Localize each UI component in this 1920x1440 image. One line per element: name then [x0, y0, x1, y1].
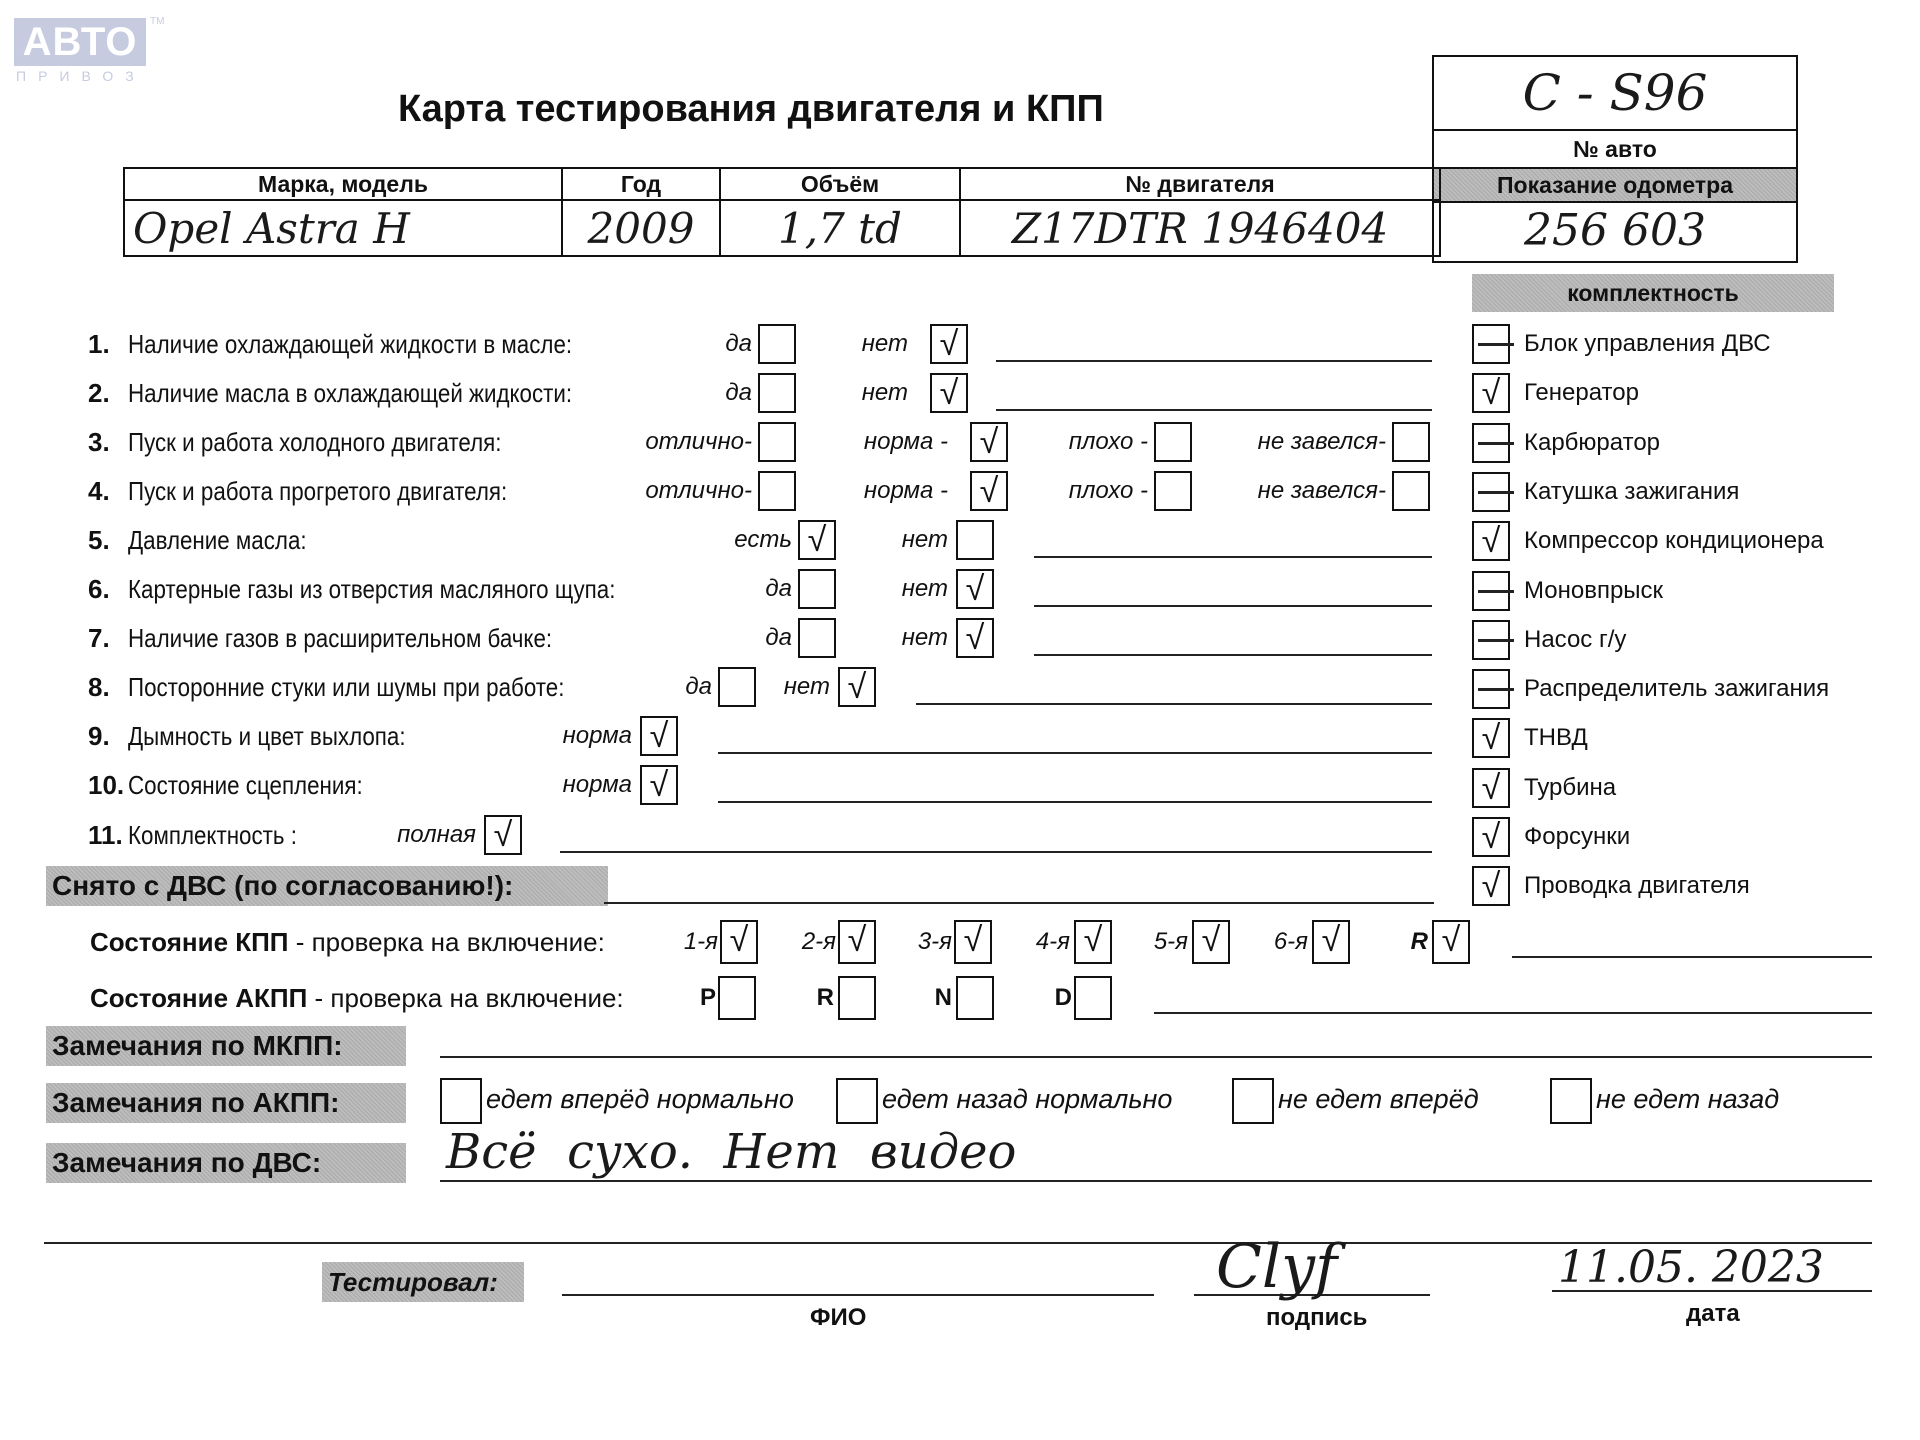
option-label: да: [765, 618, 792, 658]
car-info-box: C - S96 № авто Показание одометра 256 60…: [1432, 55, 1798, 263]
akpp-remark-label: не едет назад: [1596, 1084, 1779, 1114]
completeness-item-label: Катушка зажигания: [1524, 472, 1739, 512]
option-label: нет: [784, 667, 830, 707]
option-label: нет: [862, 373, 908, 413]
option-checkbox[interactable]: [758, 373, 796, 413]
option-checkbox[interactable]: [1154, 471, 1192, 511]
completeness-item-label: Турбина: [1524, 768, 1616, 808]
gear-checkbox[interactable]: √: [838, 920, 876, 964]
col-header-volume: Объём: [720, 168, 960, 200]
option-label: плохо -: [1069, 471, 1148, 511]
completeness-checkbox[interactable]: √: [1472, 718, 1510, 758]
dash-mark-checkbox[interactable]: [1472, 472, 1510, 512]
check-label: Пуск и работа холодного двигателя:: [128, 422, 501, 462]
volume-field[interactable]: 1,7 td: [720, 200, 960, 256]
option-label: плохо -: [1069, 422, 1148, 462]
notes-line[interactable]: [1034, 654, 1432, 656]
gear-label: 2-я: [802, 922, 836, 962]
page-title: Карта тестирования двигателя и КПП: [398, 88, 1104, 131]
gear-label: R: [1411, 922, 1428, 962]
completeness-item-label: Проводка двигателя: [1524, 866, 1750, 906]
odometer-field[interactable]: 256 603: [1434, 203, 1796, 259]
gear-checkbox[interactable]: √: [720, 920, 758, 964]
gear-checkbox[interactable]: √: [1432, 920, 1470, 964]
check-row: 7.Наличие газов в расширительном бачке:: [88, 618, 621, 658]
akpp-position-label: N: [935, 978, 952, 1018]
option-checkbox[interactable]: √: [930, 373, 968, 413]
akpp-remarks-label: Замечания по АКПП:: [46, 1083, 406, 1123]
check-row: 6.Картерные газы из отверстия масляного …: [88, 569, 695, 609]
signature-label: подпись: [1266, 1304, 1367, 1332]
check-label: Комплектность :: [128, 815, 297, 855]
gear-checkbox[interactable]: √: [1312, 920, 1350, 964]
model-field[interactable]: Opel Astra H: [124, 200, 562, 256]
option-label: отлично-: [645, 471, 752, 511]
check-number: 11.: [88, 815, 128, 855]
check-row: 11.Комплектность :: [88, 815, 325, 855]
option-label: нет: [902, 520, 948, 560]
check-number: 6.: [88, 569, 128, 609]
check-number: 4.: [88, 471, 128, 511]
option-label: нет: [902, 569, 948, 609]
check-label: Состояние сцепления:: [128, 765, 363, 805]
check-number: 3.: [88, 422, 128, 462]
check-row: 2.Наличие масла в охлаждающей жидкости:: [88, 373, 644, 413]
kpp-label-rest: - проверка на включение:: [289, 927, 605, 957]
car-number-field[interactable]: C - S96: [1434, 57, 1796, 131]
akpp-position-checkbox[interactable]: [1074, 976, 1112, 1020]
notes-line[interactable]: [560, 851, 1432, 853]
akpp-position-checkbox[interactable]: [838, 976, 876, 1020]
option-label: норма -: [864, 471, 948, 511]
check-label: Наличие охлаждающей жидкости в масле:: [128, 324, 572, 364]
option-checkbox[interactable]: [758, 324, 796, 364]
akpp-remark-checkbox[interactable]: [1550, 1078, 1592, 1124]
check-label: Давление масла:: [128, 520, 307, 560]
option-checkbox[interactable]: √: [930, 324, 968, 364]
akpp-position-checkbox[interactable]: [956, 976, 994, 1020]
gear-label: 3-я: [918, 922, 952, 962]
akpp-remark-option[interactable]: едет вперёд нормально: [440, 1076, 794, 1124]
gear-checkbox[interactable]: √: [1192, 920, 1230, 964]
akpp-notes-line[interactable]: [1154, 1012, 1872, 1014]
check-row: 5.Давление масла:: [88, 520, 336, 560]
check-label: Посторонние стуки или шумы при работе:: [128, 667, 564, 707]
option-checkbox[interactable]: [718, 667, 756, 707]
notes-line[interactable]: [1034, 556, 1432, 558]
gear-checkbox[interactable]: √: [1074, 920, 1112, 964]
option-checkbox[interactable]: √: [640, 716, 678, 756]
dash-mark-checkbox[interactable]: [1472, 571, 1510, 611]
notes-line[interactable]: [718, 752, 1432, 754]
option-checkbox[interactable]: [1392, 422, 1430, 462]
option-checkbox[interactable]: √: [640, 765, 678, 805]
option-checkbox[interactable]: √: [838, 667, 876, 707]
dvs-remarks-line: [440, 1180, 1872, 1182]
completeness-item-label: Компрессор кондиционера: [1524, 521, 1824, 561]
notes-line[interactable]: [996, 409, 1432, 411]
option-label: да: [725, 373, 752, 413]
option-label: нет: [902, 618, 948, 658]
option-label: норма: [563, 765, 632, 805]
akpp-label-rest: - проверка на включение:: [307, 983, 623, 1013]
kpp-notes-line[interactable]: [1512, 956, 1872, 958]
option-checkbox[interactable]: √: [970, 422, 1008, 462]
akpp-position-label: D: [1055, 978, 1072, 1018]
akpp-remark-checkbox[interactable]: [1232, 1078, 1274, 1124]
notes-line[interactable]: [996, 360, 1432, 362]
akpp-position-label: R: [817, 978, 834, 1018]
completeness-item-label: Моновпрыск: [1524, 571, 1663, 611]
option-label: да: [725, 324, 752, 364]
logo-tm: TM: [150, 16, 164, 27]
completeness-checkbox[interactable]: √: [1472, 768, 1510, 808]
year-field[interactable]: 2009: [562, 200, 720, 256]
option-label: нет: [862, 324, 908, 364]
option-label: да: [765, 569, 792, 609]
gear-label: 5-я: [1154, 922, 1188, 962]
dvs-remarks-label: Замечания по ДВС:: [46, 1143, 406, 1183]
akpp-position-checkbox[interactable]: [718, 976, 756, 1020]
engine-number-field[interactable]: Z17DTR 1946404: [960, 200, 1440, 256]
option-label: есть: [734, 520, 792, 560]
check-number: 10.: [88, 765, 128, 805]
completeness-item-label: Карбюратор: [1524, 423, 1660, 463]
completeness-item-label: Форсунки: [1524, 817, 1630, 857]
akpp-remark-checkbox[interactable]: [440, 1078, 482, 1124]
col-header-engine-number: № двигателя: [960, 168, 1440, 200]
check-number: 5.: [88, 520, 128, 560]
mkpp-remarks-line[interactable]: [440, 1056, 1872, 1058]
kpp-label-bold: Состояние КПП: [90, 927, 289, 957]
gear-label: 1-я: [684, 922, 718, 962]
option-checkbox[interactable]: [956, 520, 994, 560]
fio-line[interactable]: [562, 1294, 1154, 1296]
option-checkbox[interactable]: √: [956, 618, 994, 658]
notes-line[interactable]: [1034, 605, 1432, 607]
check-label: Наличие газов в расширительном бачке:: [128, 618, 552, 658]
completeness-item-label: ТНВД: [1524, 718, 1588, 758]
check-row: 9.Дымность и цвет выхлопа:: [88, 716, 451, 756]
gear-checkbox[interactable]: √: [954, 920, 992, 964]
completeness-header: комплектность: [1472, 274, 1834, 312]
option-checkbox[interactable]: √: [798, 520, 836, 560]
col-header-year: Год: [562, 168, 720, 200]
dash-mark-checkbox[interactable]: [1472, 423, 1510, 463]
signature-field[interactable]: Clyf: [1216, 1232, 1337, 1302]
gear-label: 4-я: [1036, 922, 1070, 962]
removed-label: Снято с ДВС (по согласованию!):: [46, 866, 608, 906]
kpp-label: Состояние КПП - проверка на включение:: [90, 922, 605, 962]
akpp-label: Состояние АКПП - проверка на включение:: [90, 978, 624, 1018]
option-label: отлично-: [645, 422, 752, 462]
check-number: 1.: [88, 324, 128, 364]
akpp-position-label: P: [700, 978, 716, 1018]
dash-mark-checkbox[interactable]: [1472, 620, 1510, 660]
akpp-remark-label: не едет вперёд: [1278, 1084, 1479, 1114]
check-row: 8.Посторонние стуки или шумы при работе:: [88, 667, 635, 707]
check-number: 8.: [88, 667, 128, 707]
option-label: норма -: [864, 422, 948, 462]
completeness-checkbox[interactable]: √: [1472, 521, 1510, 561]
col-header-model: Марка, модель: [124, 168, 562, 200]
completeness-item-label: Распределитель зажигания: [1524, 669, 1829, 709]
akpp-remark-option[interactable]: не едет назад: [1550, 1076, 1779, 1124]
completeness-item-label: Насос г/у: [1524, 620, 1626, 660]
watermark-logo: АВТО ПРИВОЗ TM: [14, 18, 154, 84]
completeness-checkbox[interactable]: √: [1472, 817, 1510, 857]
check-row: 3.Пуск и работа холодного двигателя:: [88, 422, 562, 462]
check-number: 7.: [88, 618, 128, 658]
check-row: 10.Состояние сцепления:: [88, 765, 401, 805]
option-checkbox[interactable]: [1154, 422, 1192, 462]
option-checkbox[interactable]: [798, 569, 836, 609]
option-label: полная: [397, 815, 476, 855]
tested-by-label: Тестировал:: [322, 1262, 524, 1302]
check-label: Дымность и цвет выхлопа:: [128, 716, 406, 756]
option-checkbox[interactable]: [758, 471, 796, 511]
check-number: 2.: [88, 373, 128, 413]
check-number: 9.: [88, 716, 128, 756]
akpp-remark-label: едет назад нормально: [882, 1084, 1172, 1114]
completeness-checkbox[interactable]: √: [1472, 866, 1510, 906]
option-checkbox[interactable]: [1392, 471, 1430, 511]
option-checkbox[interactable]: [798, 618, 836, 658]
check-row: 4.Пуск и работа прогретого двигателя:: [88, 471, 569, 511]
completeness-item-label: Блок управления ДВС: [1524, 324, 1771, 364]
check-label: Картерные газы из отверстия масляного щу…: [128, 569, 615, 609]
dash-mark-checkbox[interactable]: [1472, 669, 1510, 709]
logo-sub: ПРИВОЗ: [14, 68, 154, 84]
car-number-label: № авто: [1434, 131, 1796, 167]
akpp-remark-checkbox[interactable]: [836, 1078, 878, 1124]
logo-brand: АВТО: [14, 18, 146, 66]
dvs-remarks-field[interactable]: Всё сухо. Нет видео: [446, 1124, 1016, 1180]
check-label: Пуск и работа прогретого двигателя:: [128, 471, 507, 511]
option-checkbox[interactable]: [758, 422, 796, 462]
completeness-checkbox[interactable]: √: [1472, 373, 1510, 413]
akpp-remark-label: едет вперёд нормально: [486, 1084, 794, 1114]
mkpp-remarks-label: Замечания по МКПП:: [46, 1026, 406, 1066]
option-checkbox[interactable]: √: [484, 815, 522, 855]
notes-line[interactable]: [718, 801, 1432, 803]
fio-label: ФИО: [810, 1304, 866, 1332]
option-label: да: [685, 667, 712, 707]
check-row: 1.Наличие охлаждающей жидкости в масле:: [88, 324, 644, 364]
vehicle-table: Марка, модель Год Объём № двигателя Opel…: [123, 167, 1441, 257]
option-label: не завелся-: [1258, 471, 1386, 511]
gear-label: 6-я: [1274, 922, 1308, 962]
check-label: Наличие масла в охлаждающей жидкости:: [128, 373, 572, 413]
option-checkbox[interactable]: √: [970, 471, 1008, 511]
completeness-item-label: Генератор: [1524, 373, 1639, 413]
notes-line[interactable]: [916, 703, 1432, 705]
removed-line[interactable]: [604, 902, 1434, 904]
option-label: не завелся-: [1258, 422, 1386, 462]
date-label: дата: [1686, 1300, 1740, 1328]
odometer-label: Показание одометра: [1434, 167, 1796, 203]
akpp-remark-option[interactable]: не едет вперёд: [1232, 1076, 1479, 1124]
option-checkbox[interactable]: √: [956, 569, 994, 609]
akpp-label-bold: Состояние АКПП: [90, 983, 307, 1013]
date-field[interactable]: 11.05. 2023: [1558, 1242, 1824, 1293]
akpp-remark-option[interactable]: едет назад нормально: [836, 1076, 1172, 1124]
option-label: норма: [563, 716, 632, 756]
dash-mark-checkbox[interactable]: [1472, 324, 1510, 364]
